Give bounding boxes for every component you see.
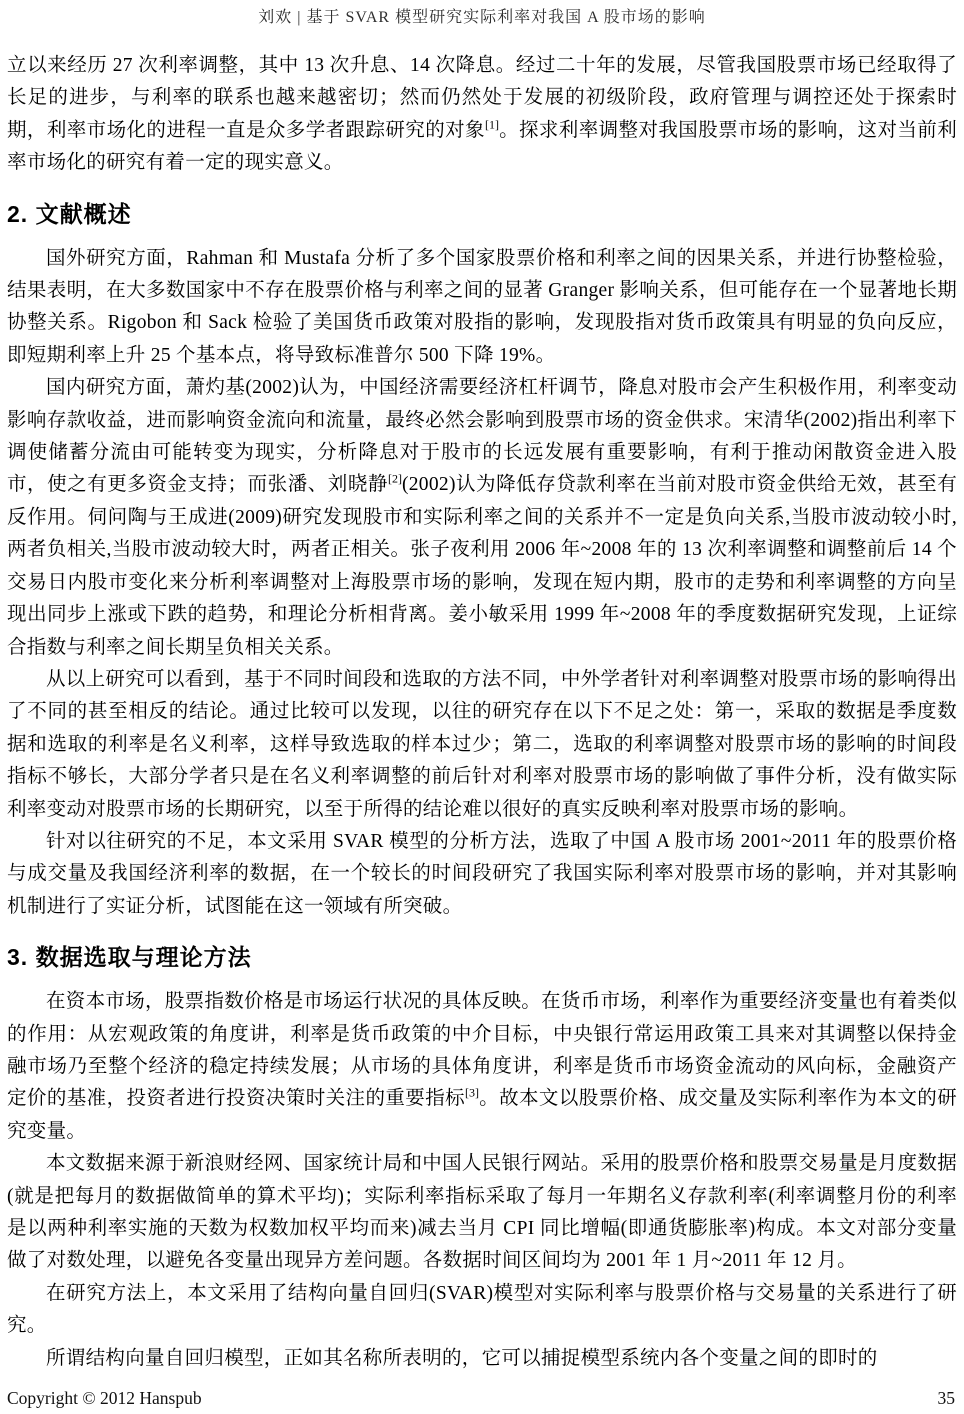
- paragraph-text: 国外研究方面，Rahman 和 Mustafa 分析了多个国家股票价格和利率之间…: [7, 248, 957, 366]
- paragraph: 所谓结构向量自回归模型，正如其名称所表明的，它可以捕捉模型系统内各个变量之间的即…: [7, 1343, 957, 1375]
- paragraph-text: 所谓结构向量自回归模型，正如其名称所表明的，它可以捕捉模型系统内各个变量之间的即…: [46, 1348, 878, 1369]
- paragraph: 国外研究方面，Rahman 和 Mustafa 分析了多个国家股票价格和利率之间…: [7, 243, 957, 373]
- citation-marker: [1]: [485, 117, 499, 131]
- paper-page: { "header": { "running_title": "刘欢 | 基于 …: [0, 0, 964, 1414]
- paragraph: 国内研究方面，萧灼基(2002)认为，中国经济需要经济杠杆调节，降息对股市会产生…: [7, 372, 957, 664]
- page-number: 35: [938, 1387, 956, 1409]
- paragraph-text: (2002)认为降低存贷款利率在当前对股市资金供给无效，甚至有反作用。伺问陶与王…: [7, 474, 957, 657]
- paragraph: 本文数据来源于新浪财经网、国家统计局和中国人民银行网站。采用的股票价格和股票交易…: [7, 1148, 957, 1278]
- paragraph: 在研究方法上，本文采用了结构向量自回归(SVAR)模型对实际利率与股票价格与交易…: [7, 1278, 957, 1343]
- section-heading: 3. 数据选取与理论方法: [7, 941, 957, 973]
- paragraph-text: 本文数据来源于新浪财经网、国家统计局和中国人民银行网站。采用的股票价格和股票交易…: [7, 1153, 957, 1271]
- citation-marker: [3]: [465, 1086, 479, 1100]
- copyright-text: Copyright © 2012 Hanspub: [7, 1387, 202, 1409]
- paragraph: 针对以往研究的不足，本文采用 SVAR 模型的分析方法，选取了中国 A 股市场 …: [7, 826, 957, 923]
- citation-marker: [2]: [388, 472, 402, 486]
- paragraph-text: 从以上研究可以看到，基于不同时间段和选取的方法不同，中外学者针对利率调整对股票市…: [7, 669, 957, 820]
- paragraph-text: 针对以往研究的不足，本文采用 SVAR 模型的分析方法，选取了中国 A 股市场 …: [7, 831, 957, 917]
- paragraph: 从以上研究可以看到，基于不同时间段和选取的方法不同，中外学者针对利率调整对股票市…: [7, 664, 957, 826]
- paragraph: 在资本市场，股票指数价格是市场运行状况的具体反映。在货币市场，利率作为重要经济变…: [7, 986, 957, 1148]
- paragraph: 立以来经历 27 次利率调整，其中 13 次升息、14 次降息。经过二十年的发展…: [7, 50, 957, 180]
- running-header: 刘欢 | 基于 SVAR 模型研究实际利率对我国 A 股市场的影响: [0, 7, 964, 29]
- section-heading: 2. 文献概述: [7, 198, 957, 230]
- paragraph-text: 在研究方法上，本文采用了结构向量自回归(SVAR)模型对实际利率与股票价格与交易…: [7, 1283, 957, 1336]
- page-footer: Copyright © 2012 Hanspub 35: [7, 1387, 955, 1409]
- page-body: 立以来经历 27 次利率调整，其中 13 次升息、14 次降息。经过二十年的发展…: [7, 50, 957, 1375]
